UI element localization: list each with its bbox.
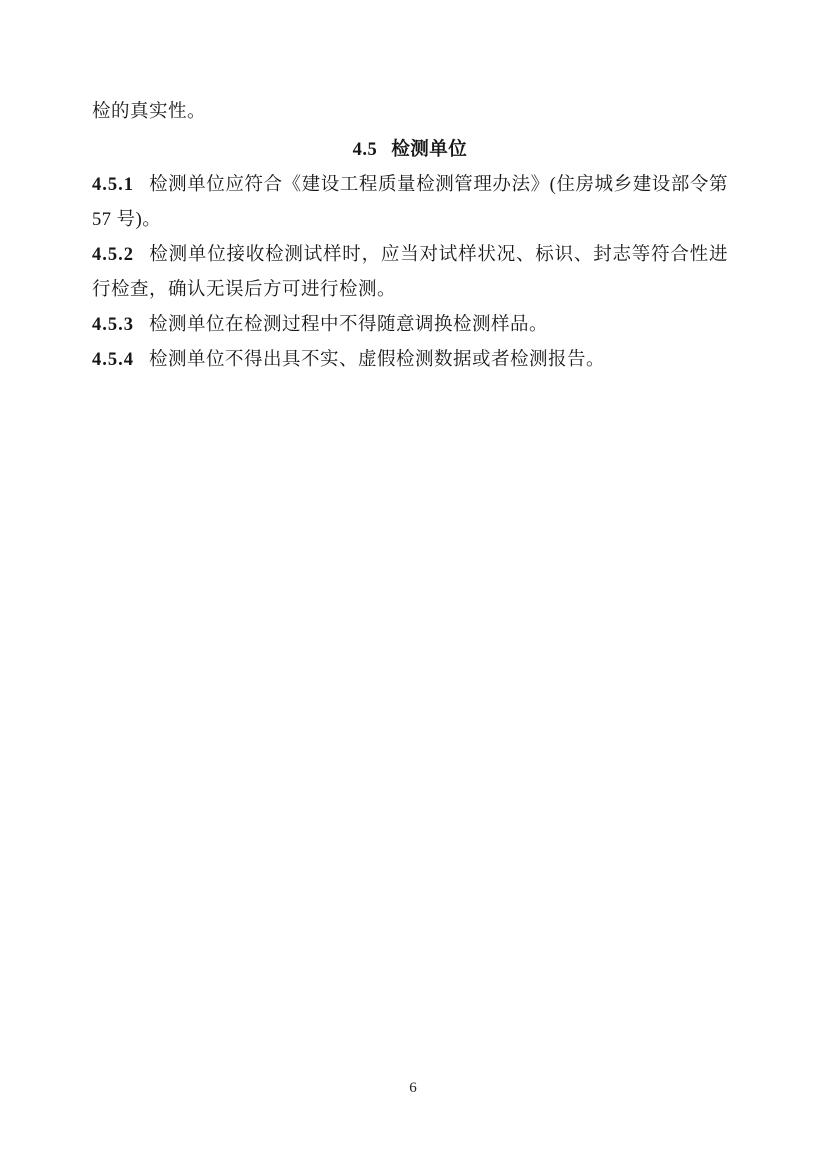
clause-text: 检测单位应符合《建设工程质量检测管理办法》(住房城乡建设部令第 57 号)。 (92, 175, 728, 230)
clause-number: 4.5.1 (92, 175, 134, 195)
clause-number: 4.5.2 (92, 245, 134, 265)
clause-number: 4.5.3 (92, 315, 134, 335)
clause-paragraph: 4.5.4检测单位不得出具不实、虚假检测数据或者检测报告。 (92, 343, 728, 378)
clause-number: 4.5.4 (92, 350, 134, 370)
clause-text: 检测单位接收检测试样时，应当对试样状况、标识、封志等符合性进行检查，确认无误后方… (92, 245, 728, 300)
section-heading-title: 检测单位 (391, 140, 467, 160)
document-body: 检的真实性。 4.5检测单位 4.5.1检测单位应符合《建设工程质量检测管理办法… (92, 95, 728, 378)
clause-text: 检测单位不得出具不实、虚假检测数据或者检测报告。 (149, 350, 605, 370)
paragraph-continuation: 检的真实性。 (92, 95, 728, 130)
page-footer: 6 (0, 1079, 826, 1097)
clause-paragraph: 4.5.1检测单位应符合《建设工程质量检测管理办法》(住房城乡建设部令第 57 … (92, 168, 728, 238)
clause-paragraph: 4.5.2检测单位接收检测试样时，应当对试样状况、标识、封志等符合性进行检查，确… (92, 238, 728, 308)
clause-text: 检测单位在检测过程中不得随意调换检测样品。 (149, 315, 548, 335)
section-heading: 4.5检测单位 (92, 133, 728, 168)
document-page: 检的真实性。 4.5检测单位 4.5.1检测单位应符合《建设工程质量检测管理办法… (0, 0, 826, 1169)
clause-paragraph: 4.5.3检测单位在检测过程中不得随意调换检测样品。 (92, 308, 728, 343)
page-number: 6 (409, 1080, 417, 1097)
section-heading-number: 4.5 (353, 140, 378, 160)
